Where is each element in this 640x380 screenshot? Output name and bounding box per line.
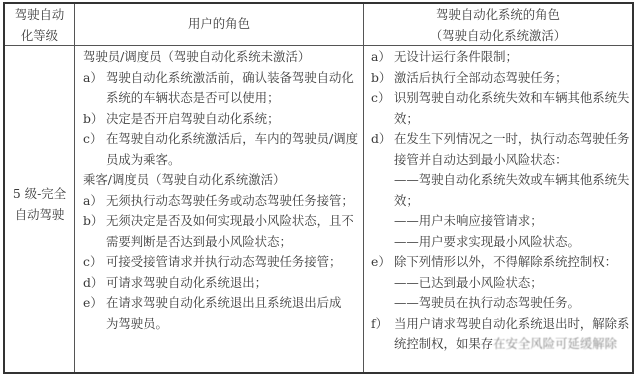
system-item-b: b） 激活后执行全部动态驾驶任务； <box>371 68 633 89</box>
header-system-role: 驾驶自动化系统的角色 （驾驶自动化系统激活） <box>364 5 632 46</box>
automation-level-table: 驾驶自动 化等级 用户的角色 驾驶自动化系统的角色 （驾驶自动化系统激活） 5 … <box>3 2 634 374</box>
header-level: 驾驶自动 化等级 <box>5 5 74 46</box>
header-level-line2: 化等级 <box>5 26 74 47</box>
item-mark: a） <box>371 47 394 68</box>
item-line: 除下列情形以外，不得解除系统控制权： <box>394 252 633 273</box>
system-role-cell: a） 无设计运行条件限制； b） 激活后执行全部动态驾驶任务； c） 识别驾驶自… <box>371 47 633 355</box>
section2-title: 乘客/调度员（驾驶自动化系统激活） <box>83 170 361 191</box>
item-text: 可接受接管请求并执行动态驾驶任务接管； <box>106 252 361 273</box>
sub-item: ——驾驶员在执行动态驾驶任务。 <box>394 293 633 314</box>
header-user-role: 用户的角色 <box>75 14 363 35</box>
item-line: 在发生下列情况之一时，执行动态驾驶任务 <box>394 129 633 150</box>
item-text: 无须决定是否及如何实现最小风险状态，且不 需要判断是否达到最小风险状态； <box>106 211 361 252</box>
level-cell: 5 级-完全 自动驾驶 <box>5 184 74 225</box>
column-divider <box>363 4 364 372</box>
sub-item: ——用户未响应接管请求； <box>394 211 633 232</box>
user-role-cell: 驾驶员/调度员（驾驶自动化系统未激活） a） 驾驶自动化系统激活前，确认装备驾驶… <box>83 47 361 334</box>
column-divider <box>74 4 75 372</box>
user-item-2a: a） 无须执行动态驾驶任务或动态驾驶任务接管； <box>83 191 361 212</box>
sub-item: ——已达到最小风险状态； <box>394 273 633 294</box>
system-item-c: c） 识别驾驶自动化系统失效和车辆其他系统失 效； <box>371 88 633 129</box>
item-text: 无须执行动态驾驶任务或动态驾驶任务接管； <box>106 191 361 212</box>
sub-item: ——驾驶自动化系统失效或车辆其他系统失 <box>394 170 633 191</box>
system-item-e: e） 除下列情形以外，不得解除系统控制权： ——已达到最小风险状态； ——驾驶员… <box>371 252 633 314</box>
header-level-line1: 驾驶自动 <box>5 5 74 26</box>
section1-title: 驾驶员/调度员（驾驶自动化系统未激活） <box>83 47 361 68</box>
item-mark: e） <box>83 293 106 334</box>
item-text: 当用户请求驾驶自动化系统退出时，解除系 统控制权，如果存在安全风险可延缓解除 <box>394 314 633 355</box>
item-line: 驾驶自动化系统激活前，确认装备驾驶自动化 <box>106 68 361 89</box>
item-text: 在驾驶自动化系统激活后，车内的驾驶员/调度 员成为乘客。 <box>106 129 361 170</box>
system-item-a: a） 无设计运行条件限制； <box>371 47 633 68</box>
level-line2: 自动驾驶 <box>5 205 74 226</box>
item-line: 统控制权，如果存在安全风险可延缓解除 <box>394 334 633 355</box>
level-line1: 5 级-完全 <box>5 184 74 205</box>
item-mark: b） <box>371 68 394 89</box>
item-text: 激活后执行全部动态驾驶任务； <box>394 68 633 89</box>
item-line: 识别驾驶自动化系统失效和车辆其他系统失 <box>394 88 633 109</box>
system-item-f: f） 当用户请求驾驶自动化系统退出时，解除系 统控制权，如果存在安全风险可延缓解… <box>371 314 633 355</box>
item-mark: a） <box>83 191 106 212</box>
item-mark: c） <box>371 88 394 129</box>
item-line: 效； <box>394 109 633 130</box>
item-mark: c） <box>83 129 106 170</box>
item-line: 系统的车辆状态是否可以使用； <box>106 88 361 109</box>
user-item-2d: d） 可请求驾驶自动化系统退出； <box>83 273 361 294</box>
system-item-d: d） 在发生下列情况之一时，执行动态驾驶任务 接管并自动达到最小风险状态： ——… <box>371 129 633 252</box>
item-text: 无设计运行条件限制； <box>394 47 633 68</box>
item-mark: e） <box>371 252 394 314</box>
item-mark: d） <box>371 129 394 252</box>
sub-item: ——用户要求实现最小风险状态。 <box>394 232 633 253</box>
faded-text: 在安全风险可延缓解除 <box>493 336 617 351</box>
item-line: 在请求驾驶自动化系统退出且系统退出后成 <box>106 293 361 314</box>
item-line-text: 统控制权，如果存 <box>394 336 493 351</box>
item-mark: c） <box>83 252 106 273</box>
item-mark: d） <box>83 273 106 294</box>
item-text: 识别驾驶自动化系统失效和车辆其他系统失 效； <box>394 88 633 129</box>
item-mark: a） <box>83 68 106 109</box>
item-text: 驾驶自动化系统激活前，确认装备驾驶自动化 系统的车辆状态是否可以使用； <box>106 68 361 109</box>
item-line: 员成为乘客。 <box>106 150 361 171</box>
user-item-1a: a） 驾驶自动化系统激活前，确认装备驾驶自动化 系统的车辆状态是否可以使用； <box>83 68 361 109</box>
item-text: 可请求驾驶自动化系统退出； <box>106 273 361 294</box>
item-line: 在驾驶自动化系统激活后，车内的驾驶员/调度 <box>106 129 361 150</box>
item-text: 除下列情形以外，不得解除系统控制权： ——已达到最小风险状态； ——驾驶员在执行… <box>394 252 633 314</box>
sub-item: 效； <box>394 191 633 212</box>
item-mark: b） <box>83 211 106 252</box>
item-line: 需要判断是否达到最小风险状态； <box>106 232 361 253</box>
header-system-role-line2: （驾驶自动化系统激活） <box>364 26 632 47</box>
user-item-1b: b） 决定是否开启驾驶自动化系统； <box>83 109 361 130</box>
user-item-2b: b） 无须决定是否及如何实现最小风险状态，且不 需要判断是否达到最小风险状态； <box>83 211 361 252</box>
item-text: 决定是否开启驾驶自动化系统； <box>106 109 361 130</box>
item-text: 在发生下列情况之一时，执行动态驾驶任务 接管并自动达到最小风险状态： ——驾驶自… <box>394 129 633 252</box>
user-item-2c: c） 可接受接管请求并执行动态驾驶任务接管； <box>83 252 361 273</box>
item-mark: f） <box>371 314 394 355</box>
item-line: 当用户请求驾驶自动化系统退出时，解除系 <box>394 314 633 335</box>
user-item-1c: c） 在驾驶自动化系统激活后，车内的驾驶员/调度 员成为乘客。 <box>83 129 361 170</box>
item-line: 接管并自动达到最小风险状态： <box>394 150 633 171</box>
user-item-2e: e） 在请求驾驶自动化系统退出且系统退出后成 为驾驶员。 <box>83 293 361 334</box>
item-line: 无须决定是否及如何实现最小风险状态，且不 <box>106 211 361 232</box>
item-line: 为驾驶员。 <box>106 314 361 335</box>
header-system-role-line1: 驾驶自动化系统的角色 <box>364 5 632 26</box>
item-text: 在请求驾驶自动化系统退出且系统退出后成 为驾驶员。 <box>106 293 361 334</box>
item-mark: b） <box>83 109 106 130</box>
